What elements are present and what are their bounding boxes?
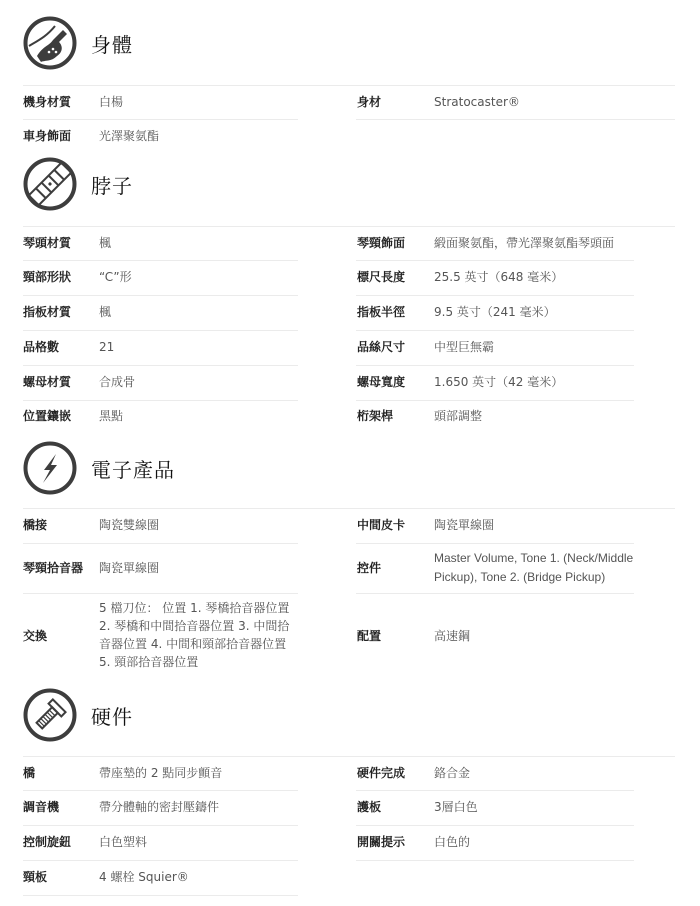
spec-label: 橋接 [23,514,47,536]
spec-label: 中間皮卡 [357,514,405,536]
divider [23,330,298,331]
spec-value: 9.5 英寸（241 毫米） [434,301,556,323]
spec-label: 指板半徑 [357,301,405,323]
spec-value: 白色的 [434,831,470,853]
divider [23,756,675,757]
spec-label: 琴頸飾面 [357,232,405,254]
spec-label: 控件 [357,557,381,579]
spec-label: 硬件完成 [357,762,405,784]
divider [356,400,634,401]
spec-value: Stratocaster® [434,91,520,113]
divider [356,260,634,261]
spec-value: 帶分體軸的密封壓鑄件 [99,796,219,818]
divider [23,365,298,366]
spec-label: 護板 [357,796,381,818]
spec-value: 頭部調整 [434,405,482,427]
spec-value: 3層白色 [434,796,478,818]
divider [356,119,675,120]
spec-label: 頸板 [23,866,47,888]
section-header-electronics: 電子產品 [23,440,175,496]
spec-label: 機身材質 [23,91,71,113]
divider [23,895,298,896]
divider [23,119,298,120]
section-title: 電子產品 [91,454,175,483]
spec-value: 黑點 [99,405,123,427]
spec-value: 白色塑料 [99,831,147,853]
spec-label: 交換 [23,625,47,647]
divider [23,226,675,227]
spec-value: 緞面聚氨酯，帶光澤聚氨酯琴頭面 [434,232,614,254]
spec-label: 螺母材質 [23,371,71,393]
spec-value: “C”形 [99,266,132,288]
spec-value: 陶瓷單線圈 [434,514,494,536]
spec-label: 控制旋鈕 [23,831,71,853]
section-header-body: 身體 [23,15,133,71]
spec-value: 高速鋼 [434,625,470,647]
spec-label: 桁架桿 [357,405,393,427]
divider [23,508,675,509]
spec-label: 位置鑲嵌 [23,405,71,427]
section-header-hardware: 硬件 [23,687,133,743]
divider [356,295,634,296]
spec-label: 琴頸拾音器 [23,557,83,579]
spec-value: Master Volume, Tone 1. (Neck/Middle Pick… [434,549,634,587]
spec-value: 楓 [99,232,111,254]
spec-value: 5 檔刀位： 位置 1. 琴橋拾音器位置 2. 琴橋和中間拾音器位置 3. 中間… [99,599,297,671]
spec-label: 身材 [357,91,381,113]
spec-label: 螺母寬度 [357,371,405,393]
spec-label: 橋 [23,762,35,784]
divider [23,295,298,296]
spec-label: 車身飾面 [23,125,71,147]
spec-value: 陶瓷單線圈 [99,557,159,579]
spec-value: 中型巨無霸 [434,336,494,358]
lightning-bolt-icon [23,441,77,495]
spec-value: 4 螺栓 Squier® [99,866,189,888]
spec-label: 頸部形狀 [23,266,71,288]
divider [356,790,634,791]
divider [23,825,298,826]
spec-label: 調音機 [23,796,59,818]
divider [356,543,634,544]
section-header-neck: 脖子 [23,156,133,212]
divider [356,825,634,826]
divider [356,330,634,331]
divider [23,543,298,544]
spec-label: 琴頭材質 [23,232,71,254]
spec-label: 品格數 [23,336,59,358]
guitar-body-icon [23,16,77,70]
divider [23,860,298,861]
section-title: 身體 [91,29,133,58]
spec-value: 25.5 英寸（648 毫米） [434,266,563,288]
spec-value: 21 [99,336,114,358]
divider [23,790,298,791]
spec-value: 鉻合金 [434,762,470,784]
spec-label: 配置 [357,625,381,647]
section-title: 硬件 [91,701,133,730]
section-title: 脖子 [91,170,133,199]
guitar-neck-icon [23,157,77,211]
divider [23,85,675,86]
spec-label: 標尺長度 [357,266,405,288]
divider [23,400,298,401]
spec-label: 開關提示 [357,831,405,853]
spec-value: 陶瓷雙線圈 [99,514,159,536]
spec-value: 1.650 英寸（42 毫米） [434,371,563,393]
spec-value: 光澤聚氨酯 [99,125,159,147]
screw-bolt-icon [23,688,77,742]
spec-value: 合成骨 [99,371,135,393]
spec-value: 白楊 [99,91,123,113]
divider [356,365,634,366]
spec-label: 指板材質 [23,301,71,323]
spec-value: 帶座墊的 2 點同步顫音 [99,762,222,784]
divider [356,860,634,861]
divider [23,593,298,594]
divider [356,593,634,594]
divider [23,260,298,261]
spec-value: 楓 [99,301,111,323]
spec-label: 品絲尺寸 [357,336,405,358]
